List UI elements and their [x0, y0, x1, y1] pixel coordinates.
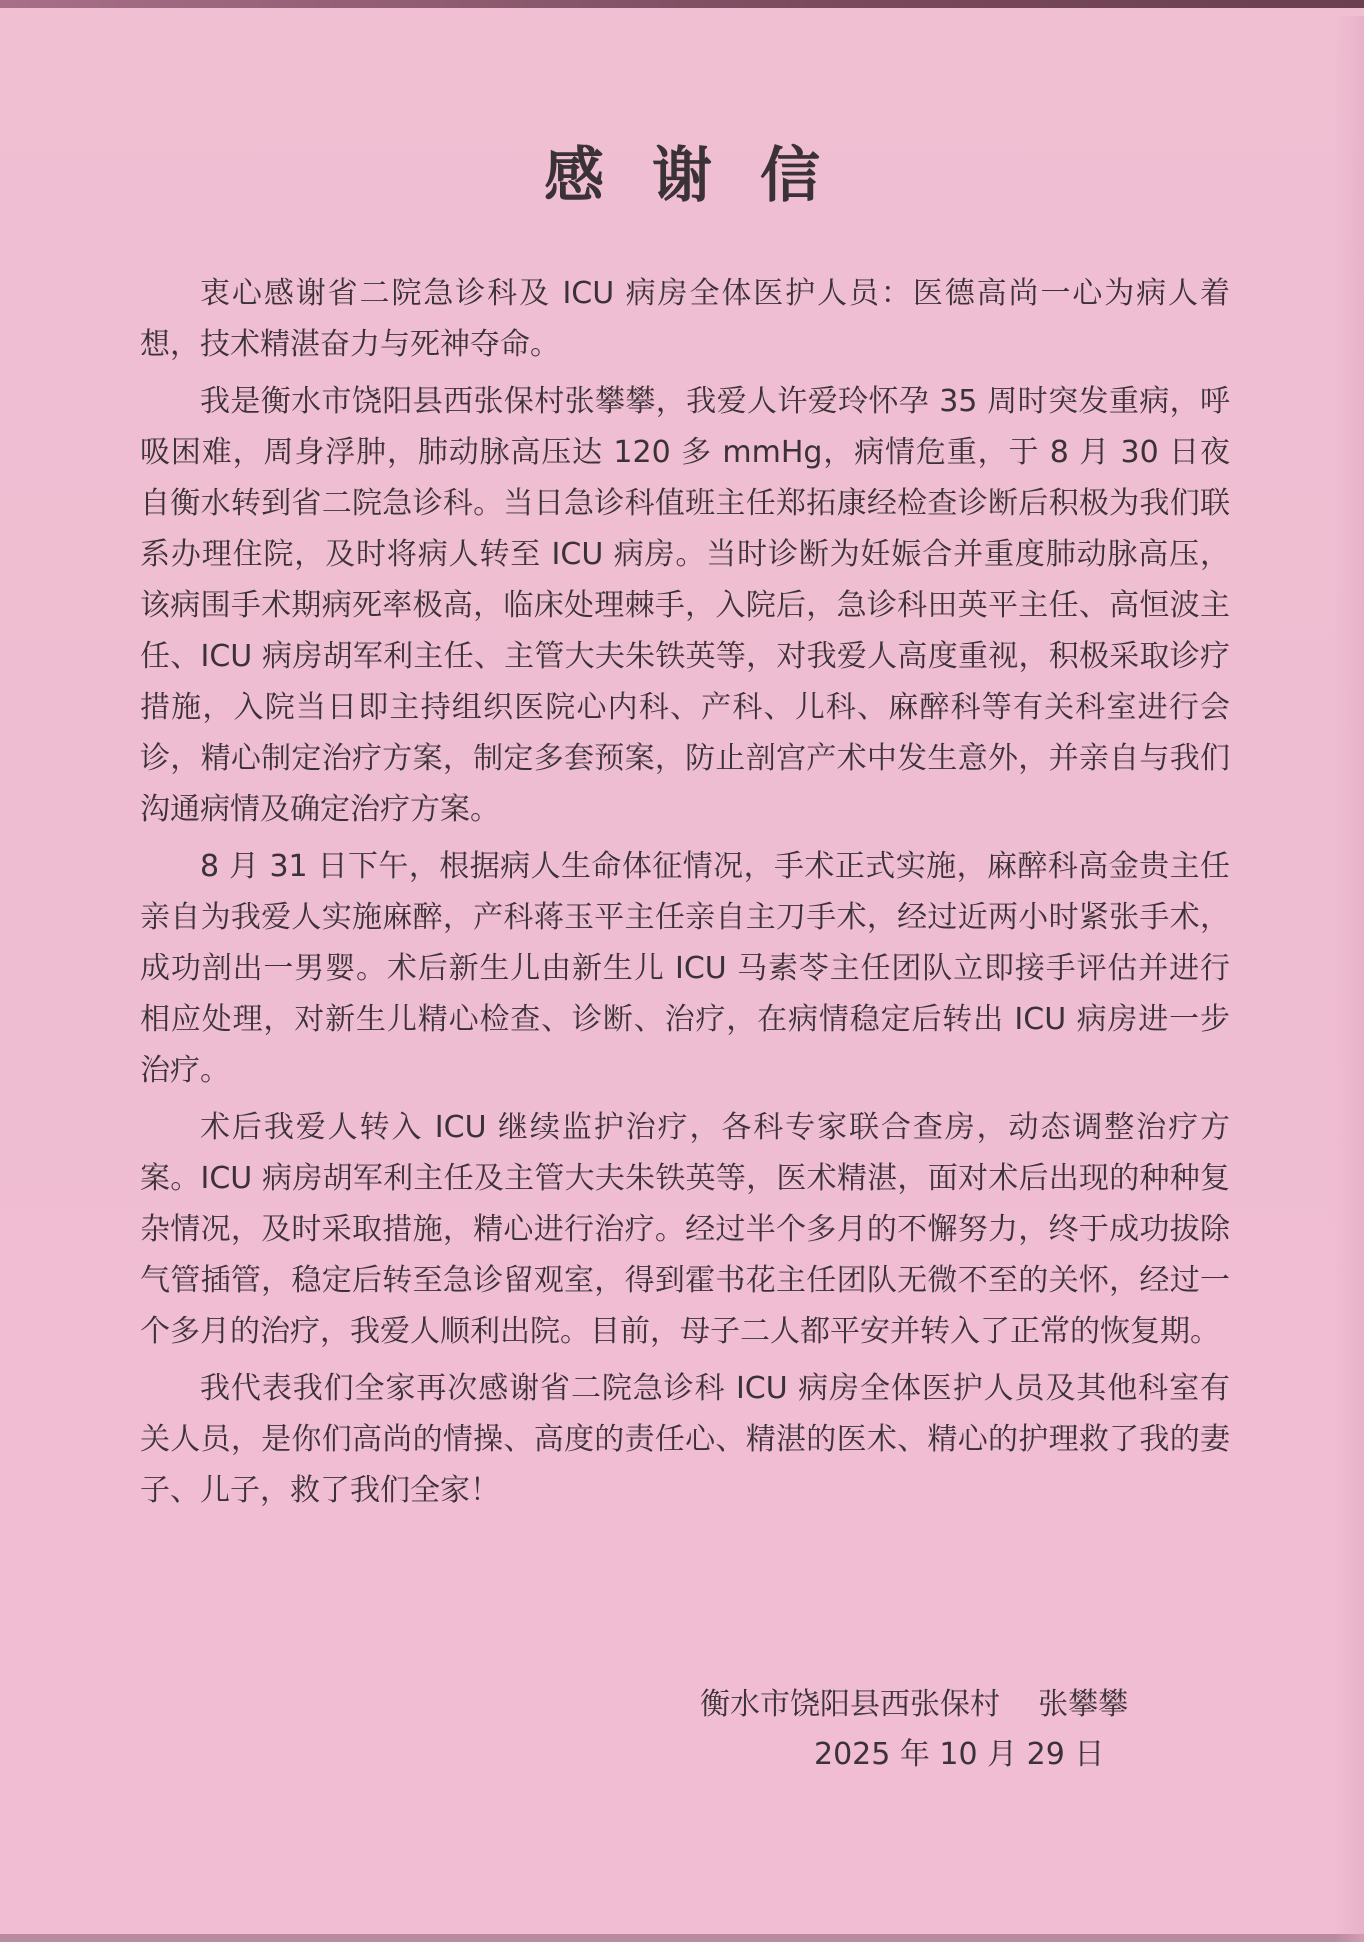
letter-body: 衷心感谢省二院急诊科及 ICU 病房全体医护人员：医德高尚一心为病人着想，技术精… — [140, 268, 1230, 1522]
letter-title: 感谢信 — [0, 128, 1364, 214]
signature-date: 2025 年 10 月 29 日 — [700, 1730, 1220, 1780]
signature-address: 衡水市饶阳县西张保村 — [700, 1687, 1000, 1722]
signature-name: 张攀攀 — [1038, 1687, 1128, 1722]
paragraph-greeting: 衷心感谢省二院急诊科及 ICU 病房全体医护人员：医德高尚一心为病人着想，技术精… — [140, 268, 1230, 370]
paragraph-thanks: 我代表我们全家再次感谢省二院急诊科 ICU 病房全体医护人员及其他科室有关人员，… — [140, 1363, 1230, 1516]
paragraph-surgery: 8 月 31 日下午，根据病人生命体征情况，手术正式实施，麻醉科高金贵主任亲自为… — [140, 841, 1230, 1096]
paragraph-background: 我是衡水市饶阳县西张保村张攀攀，我爱人许爱玲怀孕 35 周时突发重病，呼吸困难，… — [140, 376, 1230, 835]
paper-shadow — [1334, 16, 1364, 1934]
paragraph-recovery: 术后我爱人转入 ICU 继续监护治疗，各科专家联合查房，动态调整治疗方案。ICU… — [140, 1102, 1230, 1357]
signature-line: 衡水市饶阳县西张保村 张攀攀 — [700, 1680, 1220, 1730]
signature-block: 衡水市饶阳县西张保村 张攀攀 2025 年 10 月 29 日 — [700, 1680, 1220, 1780]
